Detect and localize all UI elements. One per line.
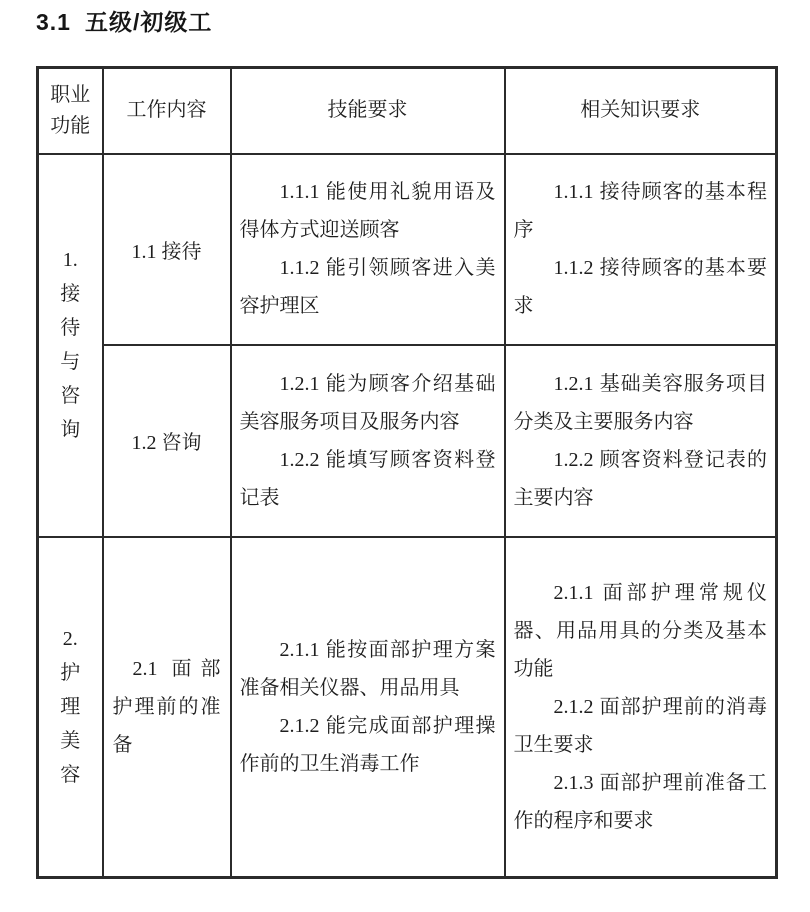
knowledge-cell: 2.1.1 面部护理常规仪器、用品用具的分类及基本功能 2.1.2 面部护理前的… [505, 537, 777, 878]
function-cell-care-beauty: 2. 护 理 美 容 [38, 537, 103, 878]
skill-item: 1.1.2 能引领顾客进入美容护理区 [240, 249, 496, 325]
document-page: 3.1五级/初级工 职业 功能 工作内容 技能要求 相关知识要求 1. 接 待 … [0, 0, 810, 912]
function-cell-reception-consultation: 1. 接 待 与 咨 询 [38, 154, 103, 537]
skill-item: 1.2.2 能填写顾客资料登记表 [240, 441, 496, 517]
work-cell: 1.1 接待 [103, 154, 231, 345]
header-cell-skill-requirements: 技能要求 [231, 68, 505, 154]
section-title-text: 五级/初级工 [85, 9, 212, 35]
work-item: 2.1 面部护理前的准备 [113, 650, 221, 764]
skill-item: 1.2.1 能为顾客介绍基础美容服务项目及服务内容 [240, 365, 496, 441]
skill-item: 2.1.1 能按面部护理方案准备相关仪器、用品用具 [240, 631, 496, 707]
skills-cell: 2.1.1 能按面部护理方案准备相关仪器、用品用具 2.1.2 能完成面部护理操… [231, 537, 505, 878]
knowledge-item: 2.1.3 面部护理前准备工作的程序和要求 [514, 764, 768, 840]
occupation-standard-table: 职业 功能 工作内容 技能要求 相关知识要求 1. 接 待 与 咨 询 1.1 … [36, 66, 778, 879]
skill-item: 1.1.1 能使用礼貌用语及得体方式迎送顾客 [240, 173, 496, 249]
knowledge-item: 1.2.2 顾客资料登记表的主要内容 [514, 441, 768, 517]
work-cell: 2.1 面部护理前的准备 [103, 537, 231, 878]
table-row: 1. 接 待 与 咨 询 1.1 接待 1.1.1 能使用礼貌用语及得体方式迎送… [38, 154, 777, 345]
header-cell-function: 职业 功能 [38, 68, 103, 154]
knowledge-cell: 1.2.1 基础美容服务项目分类及主要服务内容 1.2.2 顾客资料登记表的主要… [505, 345, 777, 537]
section-number: 3.1 [36, 9, 71, 35]
header-cell-knowledge-requirements: 相关知识要求 [505, 68, 777, 154]
knowledge-item: 1.1.2 接待顾客的基本要求 [514, 249, 768, 325]
table-row: 1.2 咨询 1.2.1 能为顾客介绍基础美容服务项目及服务内容 1.2.2 能… [38, 345, 777, 537]
skill-item: 2.1.2 能完成面部护理操作前的卫生消毒工作 [240, 707, 496, 783]
skills-cell: 1.1.1 能使用礼貌用语及得体方式迎送顾客 1.1.2 能引领顾客进入美容护理… [231, 154, 505, 345]
table-row: 2. 护 理 美 容 2.1 面部护理前的准备 2.1.1 能按面部护理方案准备… [38, 537, 777, 878]
knowledge-item: 1.1.1 接待顾客的基本程序 [514, 173, 768, 249]
knowledge-cell: 1.1.1 接待顾客的基本程序 1.1.2 接待顾客的基本要求 [505, 154, 777, 345]
skills-cell: 1.2.1 能为顾客介绍基础美容服务项目及服务内容 1.2.2 能填写顾客资料登… [231, 345, 505, 537]
knowledge-item: 2.1.2 面部护理前的消毒卫生要求 [514, 688, 768, 764]
header-cell-work-content: 工作内容 [103, 68, 231, 154]
header-row: 职业 功能 工作内容 技能要求 相关知识要求 [38, 68, 777, 154]
knowledge-item: 2.1.1 面部护理常规仪器、用品用具的分类及基本功能 [514, 574, 768, 688]
work-cell: 1.2 咨询 [103, 345, 231, 537]
knowledge-item: 1.2.1 基础美容服务项目分类及主要服务内容 [514, 365, 768, 441]
page-title: 3.1五级/初级工 [36, 4, 212, 37]
